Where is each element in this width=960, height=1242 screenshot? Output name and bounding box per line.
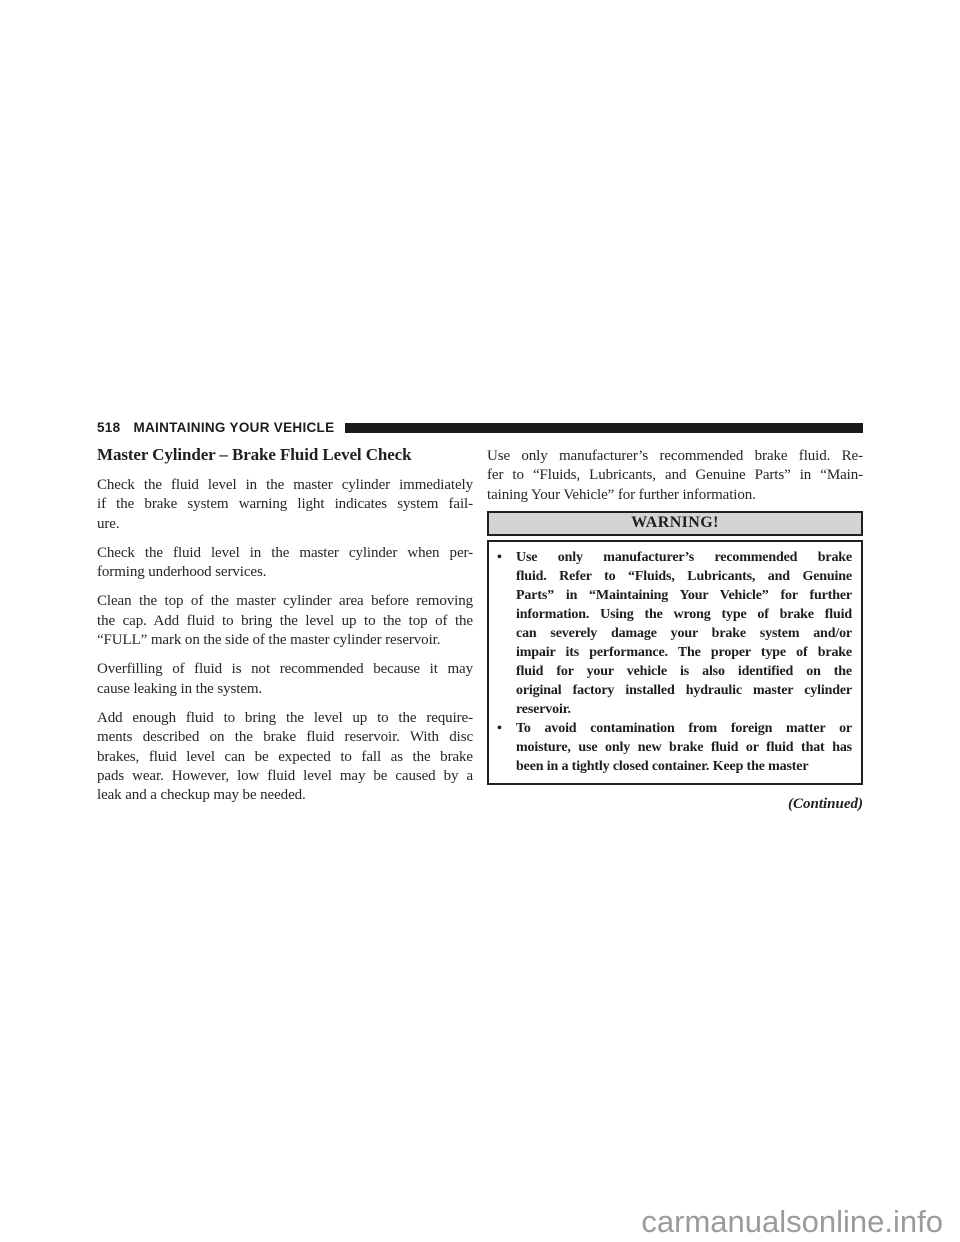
bullet-icon: •	[497, 719, 506, 776]
site-watermark: carmanualsonline.info	[641, 1204, 943, 1240]
warning-box-body: • Use only manufacturer’s recommended br…	[487, 540, 863, 785]
warning-bullet-text: Use only manufacturer’s recommended brak…	[516, 548, 852, 719]
left-column: Master Cylinder – Brake Fluid Level Chec…	[97, 434, 473, 815]
page-number: 518	[97, 420, 120, 435]
paragraph: Check the fluid level in the master cyli…	[97, 476, 473, 534]
paragraph: Use only manufacturer’s recommended brak…	[487, 447, 863, 505]
page-content: 518 MAINTAINING YOUR VEHICLE Master Cyli…	[97, 421, 863, 815]
warning-bullet: • Use only manufacturer’s recommended br…	[497, 548, 852, 719]
manual-page: 518 MAINTAINING YOUR VEHICLE Master Cyli…	[0, 0, 960, 1242]
chapter-title: MAINTAINING YOUR VEHICLE	[133, 420, 334, 435]
paragraph: Add enough fluid to bring the level up t…	[97, 709, 473, 805]
warning-box-header: WARNING!	[487, 511, 863, 536]
header-rule-bar	[345, 423, 863, 433]
running-header: 518 MAINTAINING YOUR VEHICLE	[97, 421, 863, 434]
paragraph: Clean the top of the master cylinder are…	[97, 592, 473, 650]
right-column: Use only manufacturer’s recommended brak…	[487, 434, 863, 813]
continued-note: (Continued)	[487, 796, 863, 813]
warning-bullet: • To avoid contamination from foreign ma…	[497, 719, 852, 776]
bullet-icon: •	[497, 548, 506, 719]
two-column-layout: Master Cylinder – Brake Fluid Level Chec…	[97, 434, 863, 815]
section-heading: Master Cylinder – Brake Fluid Level Chec…	[97, 445, 473, 465]
warning-bullet-text: To avoid contamination from foreign matt…	[516, 719, 852, 776]
paragraph: Check the fluid level in the master cyli…	[97, 544, 473, 583]
paragraph: Overfilling of fluid is not recommended …	[97, 660, 473, 699]
